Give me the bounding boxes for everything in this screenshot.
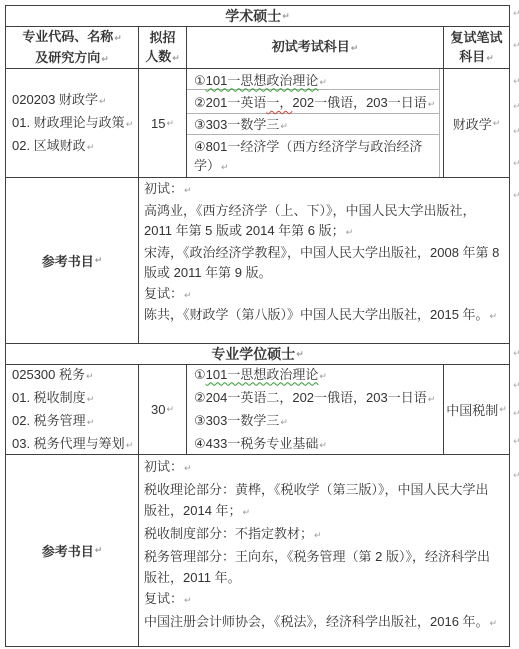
header-text: 及研究方向 (35, 50, 100, 65)
exam-subject-line: ①101一思想政治理论↵ (194, 365, 443, 387)
exam-subjects-cell: ①101一思想政治理论↵ ②204一英语二，202一俄语，203一日语↵ ③30… (187, 365, 444, 454)
reference-paragraph: 复试：↵ (144, 588, 500, 611)
program-code: 020203 财政学↵ (12, 89, 138, 112)
paragraph-mark: ↵ (87, 142, 95, 152)
end-of-row-mark: ↵ (513, 380, 519, 391)
retest-subject-cell: 财政学↵ (444, 69, 509, 177)
paragraph-mark: ↵ (166, 404, 174, 415)
exam-subject-line: ④433一税务专业基础↵ (194, 433, 443, 455)
table-row: 专业学位硕士↵ (6, 344, 509, 365)
header-text: 专业代码、名称 (22, 29, 113, 44)
program-direction: 02. 区域财政↵ (12, 135, 138, 158)
reference-paragraph: 复试：↵ (144, 284, 500, 306)
exam-subjects-list: ①101一思想政治理论↵ ②204一英语二，202一俄语，203一日语↵ ③30… (187, 365, 443, 454)
retest-subject: 中国税制 (446, 400, 498, 419)
program-direction: 01. 税收制度↵ (12, 387, 138, 410)
paragraph-mark: ↵ (351, 43, 359, 53)
end-of-row-mark: ↵ (513, 190, 519, 201)
program-cell: 020203 财政学↵ 01. 财政理论与政策↵ 02. 区域财政↵ (6, 69, 139, 177)
section-title-professional: 专业学位硕士↵ (6, 344, 509, 364)
admissions-table: 学术硕士↵ 专业代码、名称↵ 及研究方向↵ 拟招 人数↵ 初试考试科目↵ 复试笔… (5, 5, 510, 647)
reference-books-label: 参考书目↵ (6, 455, 139, 646)
exam-subject-row: ③303一数学三↵ (187, 114, 439, 135)
header-text: 科目 (459, 49, 485, 64)
paragraph-mark: ↵ (172, 53, 180, 63)
paragraph-mark: ↵ (428, 99, 436, 109)
paragraph-mark: ↵ (221, 162, 229, 172)
reference-paragraph: 中国注册会计师协会，《税法》，经济科学出版社，2016 年。↵ (144, 611, 500, 634)
paragraph-mark: ↵ (428, 394, 436, 404)
paragraph-mark: ↵ (314, 530, 322, 540)
quota-value: 30 (151, 402, 165, 417)
header-text: 复试笔试 (450, 30, 502, 45)
table-row-taxation: 025300 税务↵ 01. 税收制度↵ 02. 税务管理↵ 03. 税务代理与… (6, 365, 509, 455)
paragraph-mark: ↵ (184, 290, 192, 300)
retest-subject: 财政学 (453, 114, 492, 133)
header-text: 初试考试科目 (272, 39, 350, 54)
paragraph-mark: ↵ (87, 394, 95, 404)
paragraph-mark: ↵ (99, 96, 107, 106)
paragraph-mark: ↵ (95, 545, 103, 556)
paragraph-mark: ↵ (166, 118, 174, 129)
paragraph-mark: ↵ (490, 618, 498, 628)
table-row-references: 参考书目↵ 初试：↵ 高鸿业，《西方经济学（上、下）》，中国人民大学出版社，20… (6, 178, 509, 344)
program-code: 025300 税务↵ (12, 365, 138, 387)
column-header-program: 专业代码、名称↵ 及研究方向↵ (6, 27, 139, 68)
end-of-row-mark: ↵ (513, 158, 519, 169)
paragraph-mark: ↵ (101, 54, 109, 64)
section-title-text: 专业学位硕士 (211, 344, 295, 364)
column-header-exam: 初试考试科目↵ (187, 27, 444, 68)
paragraph-mark: ↵ (86, 371, 94, 381)
paragraph-mark: ↵ (493, 118, 501, 129)
exam-subject-row: ①101一思想政治理论↵ (187, 69, 439, 90)
reference-paragraph: 初试：↵ (144, 179, 500, 201)
paragraph-mark: ↵ (319, 440, 327, 450)
paragraph-mark: ↵ (184, 185, 192, 195)
reference-paragraph: 税收理论部分：黄桦，《税收学（第三版）》，中国人民大学出版社，2014 年；↵ (144, 479, 500, 523)
reference-paragraph: 税务管理部分：王向东，《税务管理（第 2 版）》，经济科学出版社，2011 年。 (144, 546, 500, 588)
table-row-finance: 020203 财政学↵ 01. 财政理论与政策↵ 02. 区域财政↵ 15↵ ①… (6, 69, 509, 178)
end-of-row-mark: ↵ (513, 408, 519, 419)
spellcheck-underline: 一， (266, 95, 292, 110)
quota-value: 15 (151, 116, 165, 131)
column-header-retest: 复试笔试 科目↵ (444, 27, 509, 68)
exam-subject-line: ③303一数学三↵ (194, 410, 443, 433)
paragraph-mark: ↵ (282, 11, 290, 22)
reference-paragraph: 税收制度部分：不指定教材；↵ (144, 523, 500, 546)
program-cell: 025300 税务↵ 01. 税收制度↵ 02. 税务管理↵ 03. 税务代理与… (6, 365, 139, 454)
end-of-row-mark: ↵ (513, 126, 519, 137)
reference-books-content: 初试：↵ 高鸿业，《西方经济学（上、下）》，中国人民大学出版社，2011 年第 … (139, 178, 509, 343)
reference-paragraph: 高鸿业，《西方经济学（上、下）》，中国人民大学出版社，2011 年第 5 版或 … (144, 201, 500, 243)
paragraph-mark: ↵ (319, 371, 327, 381)
program-direction: 02. 税务管理↵ (12, 410, 138, 433)
paragraph-mark: ↵ (184, 463, 192, 473)
exam-subject-row: ②201一英语一，202一俄语，203一日语↵ (187, 90, 439, 113)
end-of-row-mark: ↵ (513, 76, 519, 87)
end-of-row-mark: ↵ (513, 348, 519, 359)
paragraph-mark: ↵ (126, 119, 134, 129)
header-text: 人数 (145, 49, 171, 64)
section-title-academic: 学术硕士↵ (6, 6, 509, 26)
table-header-row: 专业代码、名称↵ 及研究方向↵ 拟招 人数↵ 初试考试科目↵ 复试笔试 科目↵ (6, 27, 509, 69)
column-header-quota: 拟招 人数↵ (139, 27, 187, 68)
paragraph-mark: ↵ (490, 311, 498, 321)
reference-paragraph: 初试：↵ (144, 456, 500, 479)
paragraph-mark: ↵ (296, 349, 304, 360)
spellcheck-underline: 101一思想政治理论 (206, 73, 319, 88)
paragraph-mark: ↵ (95, 255, 103, 266)
quota-cell: 30↵ (139, 365, 187, 454)
reference-paragraph: 陈共，《财政学（第八版）》中国人民大学出版社，2015 年。↵ (144, 305, 500, 327)
paragraph-mark: ↵ (280, 417, 288, 427)
exam-subject-line: ②204一英语二，202一俄语，203一日语↵ (194, 387, 443, 410)
paragraph-mark: ↵ (499, 404, 507, 415)
quota-cell: 15↵ (139, 69, 187, 177)
program-direction: 01. 财政理论与政策↵ (12, 112, 138, 135)
reference-books-content: 初试：↵ 税收理论部分：黄桦，《税收学（第三版）》，中国人民大学出版社，2014… (139, 455, 509, 646)
end-of-row-mark: ↵ (513, 470, 519, 481)
paragraph-mark: ↵ (184, 595, 192, 605)
end-of-row-mark: ↵ (513, 101, 519, 112)
end-of-row-mark: ↵ (513, 40, 519, 51)
end-of-row-mark: ↵ (513, 8, 519, 19)
document-page: { "pilcrow": "↵", "colors": { "table_bor… (0, 0, 519, 649)
paragraph-mark: ↵ (486, 53, 494, 63)
paragraph-mark: ↵ (280, 121, 288, 131)
reference-paragraph: 宋涛，《政治经济学教程》，中国人民大学出版社，2008 年第 8 版或 2011… (144, 243, 500, 284)
program-direction: 03. 税务代理与筹划↵ (12, 433, 138, 455)
paragraph-mark: ↵ (87, 417, 95, 427)
exam-subject-row: ④801一经济学（西方经济学与政治经济学）↵ (187, 135, 439, 177)
reference-books-label: 参考书目↵ (6, 178, 139, 343)
paragraph-mark: ↵ (319, 77, 327, 87)
end-of-row-mark: ↵ (513, 436, 519, 447)
exam-subjects-cell: ①101一思想政治理论↵ ②201一英语一，202一俄语，203一日语↵ ③30… (187, 69, 444, 177)
paragraph-mark: ↵ (346, 227, 354, 237)
table-row-references: 参考书目↵ 初试：↵ 税收理论部分：黄桦，《税收学（第三版）》，中国人民大学出版… (6, 455, 509, 646)
paragraph-mark: ↵ (243, 507, 251, 517)
paragraph-mark: ↵ (114, 33, 122, 43)
section-title-text: 学术硕士 (225, 6, 281, 26)
header-text: 拟招 (149, 30, 175, 45)
table-row: 学术硕士↵ (6, 6, 509, 27)
paragraph-mark: ↵ (126, 440, 134, 450)
exam-subjects-nested-table: ①101一思想政治理论↵ ②201一英语一，202一俄语，203一日语↵ ③30… (187, 69, 440, 177)
spellcheck-underline: 101一思想政治理论 (206, 367, 319, 382)
retest-subject-cell: 中国税制↵ (444, 365, 509, 454)
